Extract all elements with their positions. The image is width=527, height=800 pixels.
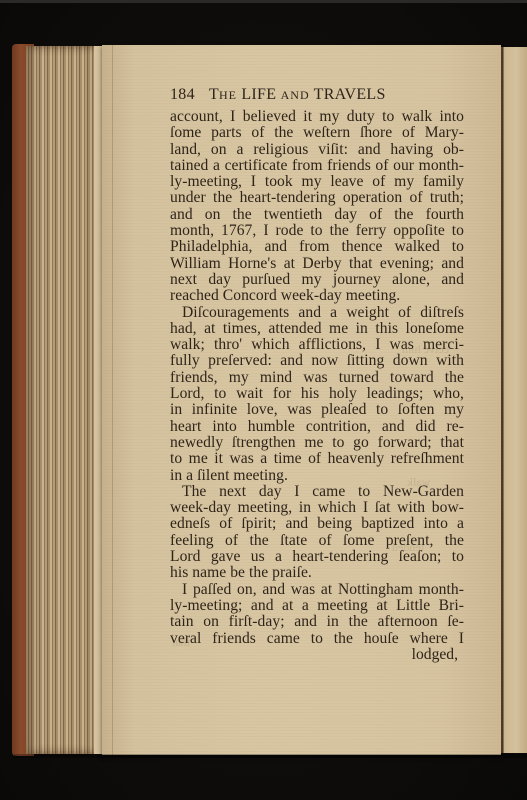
text-line: in infinite love, was pleaſed to ſoften … xyxy=(170,402,464,418)
text-line: in a ſilent meeting. xyxy=(170,468,464,484)
facing-page-edge xyxy=(501,47,527,753)
book-scan: ceive him walk tended that 184 THE LIFE … xyxy=(0,0,527,800)
text-line: reached Concord week-day meeting. xyxy=(170,288,464,304)
text-line: and on the twentieth day of the fourth xyxy=(170,207,464,223)
running-head-travels: TRAVELS xyxy=(314,86,386,103)
text-line: Philadelphia, and from thence walked to xyxy=(170,239,464,255)
running-head-and: AND xyxy=(281,88,310,102)
gutter-line xyxy=(112,45,113,755)
text-line: had, at times, attended me in this loneſ… xyxy=(170,321,464,337)
page-number: 184 xyxy=(170,86,195,103)
text-line: Lord gave us a heart-tendering ſeaſon; t… xyxy=(170,549,464,565)
text-line: feeling of the ſtate of ſome preſent, th… xyxy=(170,533,464,549)
text-line: Lord, to wait for his holy leadings; who… xyxy=(170,386,464,402)
running-head: 184 THE LIFE AND TRAVELS xyxy=(170,85,464,109)
catchword: lodged, xyxy=(170,647,464,663)
page-stack-edges xyxy=(26,46,102,754)
text-block: 184 THE LIFE AND TRAVELS account, I beli… xyxy=(170,85,464,663)
text-line: month, 1767, I rode to the ferry oppoſit… xyxy=(170,223,464,239)
text-line: ly-meeting; and at a meeting at Little B… xyxy=(170,598,464,614)
text-line: fully preſerved: and now ſitting down wi… xyxy=(170,353,464,369)
paragraph-start: Diſcouragements and a weight of diſtreſs xyxy=(170,305,464,321)
text-line: tain on firſt-day; and in the afternoon … xyxy=(170,614,464,630)
text-line: to me it was a time of heavenly refreſhm… xyxy=(170,451,464,467)
text-line: newedly ſtrengthen me to go forward; tha… xyxy=(170,435,464,451)
text-line: edneſs of ſpirit; and being baptized int… xyxy=(170,516,464,532)
paragraph-start: I paſſed on, and was at Nottingham month… xyxy=(170,582,464,598)
text-line: heart into humble contrition, and did re… xyxy=(170,419,464,435)
text-line: tained a certificate from friends of our… xyxy=(170,158,464,174)
text-line: ly-meeting, I took my leave of my family xyxy=(170,174,464,190)
text-line: William Horne's at Derby that evening; a… xyxy=(170,256,464,272)
text-line: next day purſued my journey alone, and xyxy=(170,272,464,288)
running-head-life: LIFE xyxy=(241,86,276,103)
scan-border xyxy=(0,0,527,3)
page-bottom-shadow xyxy=(14,754,527,758)
text-line: week-day meeting, in which I ſat with bo… xyxy=(170,500,464,516)
text-line: friends, my mind was turned toward the xyxy=(170,370,464,386)
text-line: account, I believed it my duty to walk i… xyxy=(170,109,464,125)
book-page: ceive him walk tended that 184 THE LIFE … xyxy=(102,45,501,755)
running-head-the: THE xyxy=(209,86,237,103)
text-line: under the heart-tendering operation of t… xyxy=(170,190,464,206)
text-line: ſome parts of the weſtern ſhore of Mary- xyxy=(170,125,464,141)
text-line: his name be the praiſe. xyxy=(170,565,464,581)
text-line: veral friends came to the houſe where I xyxy=(170,631,464,647)
paragraph-start: The next day I came to New-Garden xyxy=(170,484,464,500)
text-line: land, on a religious viſit: and having o… xyxy=(170,142,464,158)
text-line: walk; thro' which afflictions, I was mer… xyxy=(170,337,464,353)
